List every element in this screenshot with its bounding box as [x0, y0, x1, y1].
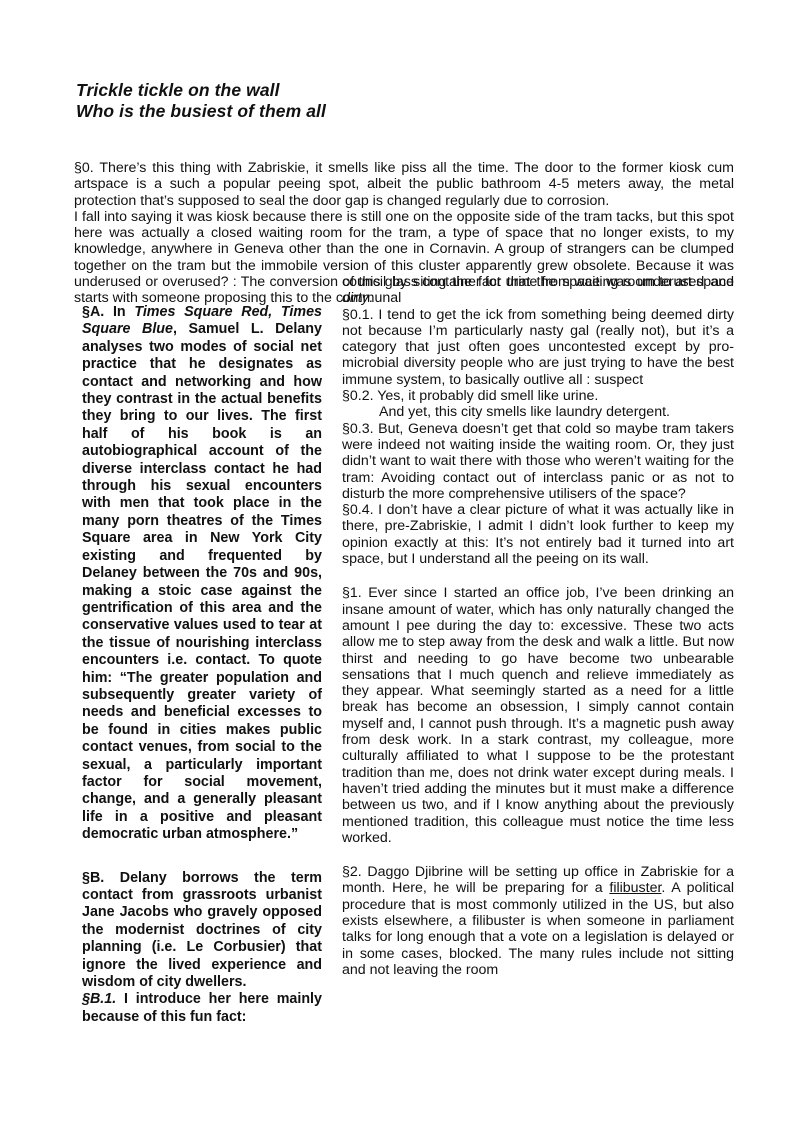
- paragraph-continuation: council by siting the fact that the spac…: [342, 274, 734, 307]
- continuation-text: council by siting the fact that the spac…: [342, 274, 734, 290]
- note-sB1-text: I introduce her here mainly because of t…: [82, 991, 322, 1024]
- spacer: [342, 567, 734, 585]
- paragraph-s0: §0. There’s this thing with Zabriskie, i…: [74, 160, 734, 209]
- document-title: Trickle tickle on the wall Who is the bu…: [76, 80, 326, 122]
- document-page: Trickle tickle on the wall Who is the bu…: [0, 0, 799, 1130]
- sidebar-notes-column: §A. In Times Square Red, Times Square Bl…: [82, 304, 322, 1026]
- note-sB1-label: §B.1.: [82, 991, 116, 1007]
- paragraph-s1: §1. Ever since I started an office job, …: [342, 585, 734, 846]
- continuation-end: .: [369, 290, 373, 306]
- paragraph-s03: §0.3. But, Geneva doesn’t get that cold …: [342, 421, 734, 502]
- filibuster-link[interactable]: filibuster: [609, 880, 661, 896]
- note-sA-prefix: §A. In: [82, 304, 134, 320]
- note-sA: §A. In Times Square Red, Times Square Bl…: [82, 304, 322, 844]
- paragraph-s01: §0.1. I tend to get the ick from somethi…: [342, 307, 734, 388]
- title-line-2: Who is the busiest of them all: [76, 101, 326, 122]
- main-text-column: council by siting the fact that the spac…: [342, 274, 734, 978]
- title-line-1: Trickle tickle on the wall: [76, 80, 326, 101]
- spacer: [342, 846, 734, 864]
- paragraph-s04: §0.4. I don’t have a clear picture of wh…: [342, 502, 734, 567]
- note-sA-body: , Samuel L. Delany analyses two modes of…: [82, 321, 322, 842]
- paragraph-s2: §2. Daggo Djibrine will be setting up of…: [342, 864, 734, 978]
- note-sB1: §B.1. I introduce her here mainly becaus…: [82, 991, 322, 1026]
- emphasis-dirty: dirty: [342, 290, 369, 306]
- note-sB: §B. Delany borrows the term contact from…: [82, 870, 322, 992]
- paragraph-s02: §0.2. Yes, it probably did smell like ur…: [342, 388, 734, 404]
- spacer: [82, 844, 322, 870]
- paragraph-s02-indent: And yet, this city smells like laundry d…: [342, 404, 734, 420]
